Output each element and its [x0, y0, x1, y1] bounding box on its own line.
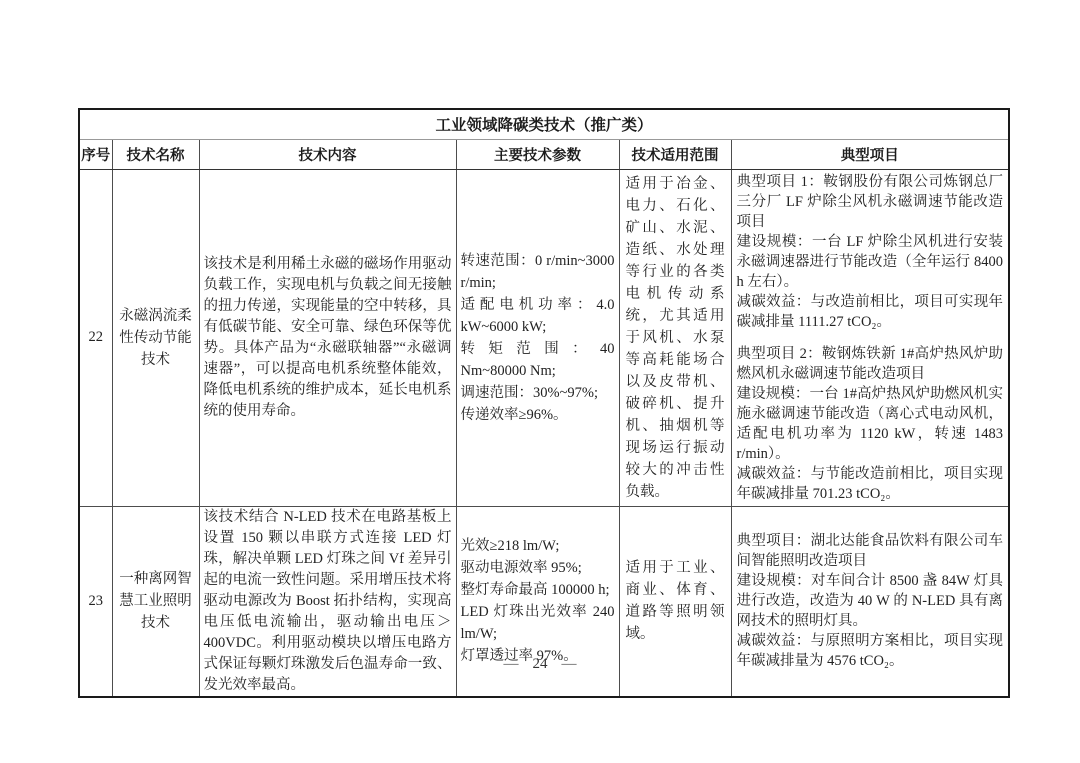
cell-typical-project: 典型项目 1：鞍钢股份有限公司炼钢总厂三分厂 LF 炉除尘风机永磁调速节能改造项…: [731, 169, 1009, 506]
param-line: 调速范围：30%~97%;: [461, 382, 615, 404]
col-header-scope: 技术适用范围: [619, 139, 731, 169]
page-number: 24: [533, 656, 548, 672]
project-block-2: 典型项目 2：鞍钢炼铁新 1#高炉热风炉助燃风机永磁调速节能改造项目 建设规模：…: [737, 344, 1004, 504]
col-header-tech-name: 技术名称: [112, 139, 199, 169]
page-footer: —24—: [0, 656, 1080, 673]
col-header-tech-params: 主要技术参数: [456, 139, 619, 169]
param-line: LED 灯珠出光效率 240 lm/W;: [461, 601, 615, 645]
project-line: 典型项目 2：鞍钢炼铁新 1#高炉热风炉助燃风机永磁调速节能改造项目: [737, 344, 1004, 384]
project-line: 建设规模：对车间合计 8500 盏 84W 灯具进行改造，改造为 40 W 的 …: [737, 571, 1004, 631]
project-block-1: 典型项目 1：鞍钢股份有限公司炼钢总厂三分厂 LF 炉除尘风机永磁调速节能改造项…: [737, 172, 1004, 332]
param-line: 传递效率≥96%。: [461, 404, 615, 426]
tech-content-text: 该技术是利用稀土永磁的磁场作用驱动负载工作，实现电机与负载之间无接触的扭力传递，…: [204, 254, 452, 422]
scope-text: 适用于冶金、电力、石化、矿山、水泥、造纸、水处理等行业的各类电机传动系统，尤其适…: [626, 173, 725, 503]
document-page: 工业领域降碳类技术（推广类） 序号 技术名称 技术内容 主要技术参数 技术适用范…: [0, 0, 1080, 763]
table-row-22: 22 永磁涡流柔性传动节能技术 该技术是利用稀土永磁的磁场作用驱动负载工作，实现…: [79, 169, 1009, 506]
project-line: 典型项目：湖北达能食品饮料有限公司车间智能照明改造项目: [737, 531, 1004, 571]
table-title: 工业领域降碳类技术（推广类）: [79, 109, 1009, 139]
cell-scope: 适用于冶金、电力、石化、矿山、水泥、造纸、水处理等行业的各类电机传动系统，尤其适…: [619, 169, 731, 506]
param-line: 转矩范围：40 Nm~80000 Nm;: [461, 338, 615, 382]
project-line: 减碳效益：与改造前相比，项目可实现年碳减排量 1111.27 tCO₂。: [737, 292, 1004, 332]
table-title-row: 工业领域降碳类技术（推广类）: [79, 109, 1009, 139]
project-line: 建设规模：一台 LF 炉除尘风机进行安装永磁调速器进行节能改造（全年运行 840…: [737, 232, 1004, 292]
scope-text: 适用于工业、商业、体育、道路等照明领域。: [626, 557, 725, 645]
col-header-serial: 序号: [79, 139, 112, 169]
cell-serial-number: 22: [79, 169, 112, 506]
cell-tech-params: 转速范围：0 r/min~3000 r/min; 适配电机功率：4.0 kW~6…: [456, 169, 619, 506]
footer-left-dash: —: [504, 656, 519, 672]
table-header-row: 序号 技术名称 技术内容 主要技术参数 技术适用范围 典型项目: [79, 139, 1009, 169]
param-line: 光效≥218 lm/W;: [461, 535, 615, 557]
param-line: 转速范围：0 r/min~3000 r/min;: [461, 250, 615, 294]
param-line: 适配电机功率：4.0 kW~6000 kW;: [461, 294, 615, 338]
project-line: 减碳效益：与节能改造前相比，项目实现年碳减排量 701.23 tCO₂。: [737, 464, 1004, 504]
param-line: 整灯寿命最高 100000 h;: [461, 579, 615, 601]
cell-tech-content: 该技术是利用稀土永磁的磁场作用驱动负载工作，实现电机与负载之间无接触的扭力传递，…: [199, 169, 456, 506]
cell-tech-name: 永磁涡流柔性传动节能技术: [112, 169, 199, 506]
col-header-typical-project: 典型项目: [731, 139, 1009, 169]
param-line: 驱动电源效率 95%;: [461, 557, 615, 579]
project-line: 建设规模：一台 1#高炉热风炉助燃风机实施永磁调速节能改造（离心式电动风机，适配…: [737, 384, 1004, 464]
col-header-tech-content: 技术内容: [199, 139, 456, 169]
project-line: 典型项目 1：鞍钢股份有限公司炼钢总厂三分厂 LF 炉除尘风机永磁调速节能改造项…: [737, 172, 1004, 232]
project-block-1: 典型项目：湖北达能食品饮料有限公司车间智能照明改造项目 建设规模：对车间合计 8…: [737, 531, 1004, 671]
footer-right-dash: —: [562, 656, 577, 672]
tech-table: 工业领域降碳类技术（推广类） 序号 技术名称 技术内容 主要技术参数 技术适用范…: [78, 108, 1010, 698]
